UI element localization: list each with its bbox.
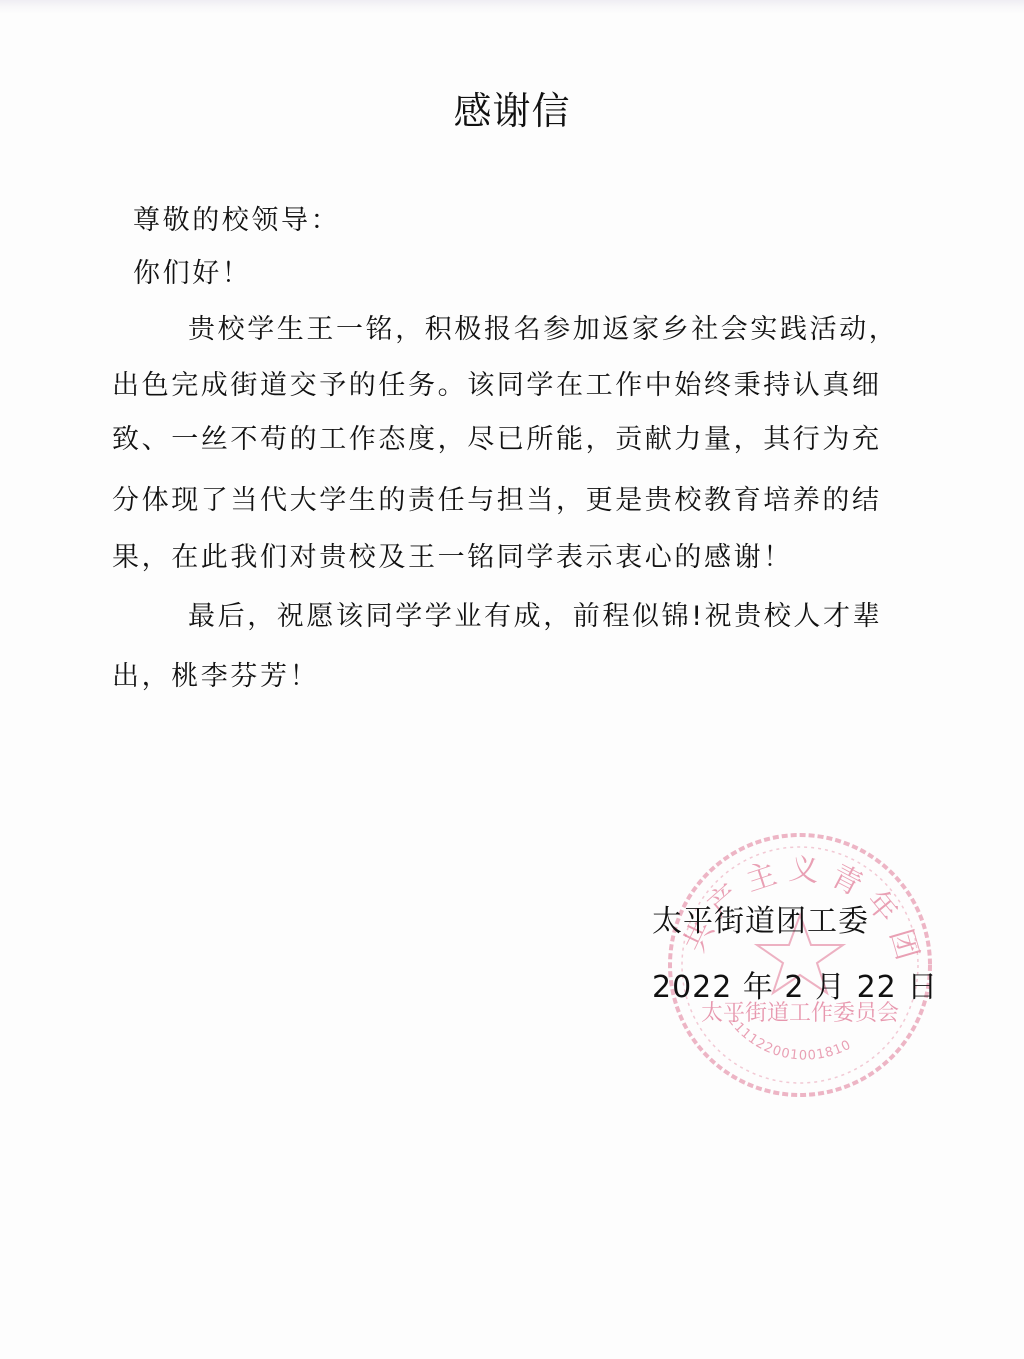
- signature-organization: 太平街道团工委: [652, 896, 869, 940]
- body-line-7: 出，桃李芬芳！: [112, 654, 319, 693]
- salutation: 尊敬的校领导：: [133, 198, 340, 237]
- letter-title: 感谢信: [0, 80, 1024, 135]
- body-line-1: 贵校学生王一铭，积极报名参加返家乡社会实践活动，: [188, 307, 898, 346]
- scan-edge: [0, 0, 1024, 14]
- body-line-6: 最后，祝愿该同学学业有成，前程似锦!祝贵校人才辈: [188, 594, 882, 633]
- body-line-2: 出色完成街道交予的任务。该同学在工作中始终秉持认真细: [112, 363, 882, 402]
- signature-date: 2022 年 2 月 22 日: [652, 962, 938, 1006]
- greeting: 你们好！: [133, 251, 251, 290]
- body-line-5: 果，在此我们对贵校及王一铭同学表示衷心的感谢！: [112, 535, 793, 574]
- body-line-3: 致、一丝不苟的工作态度，尽已所能，贡献力量，其行为充: [112, 417, 882, 456]
- body-line-4: 分体现了当代大学生的责任与担当，更是贵校教育培养的结: [112, 478, 882, 517]
